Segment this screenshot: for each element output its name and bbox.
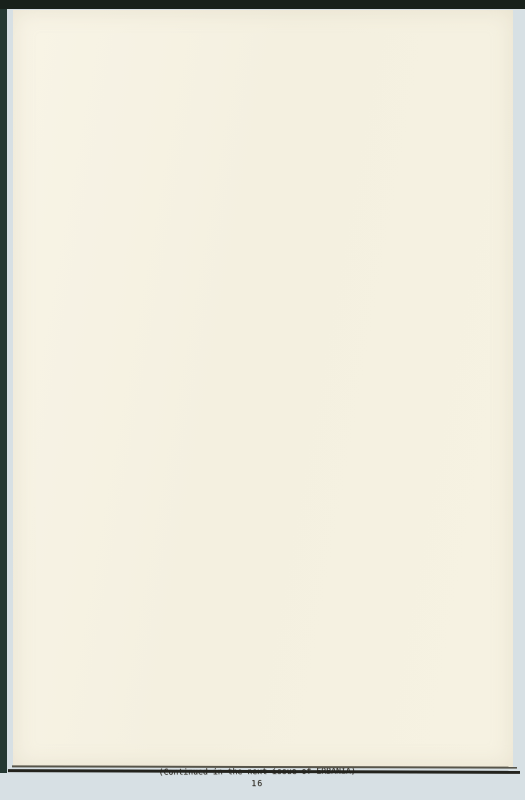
scan-top-edge [0, 0, 525, 9]
scanned-page [13, 10, 513, 767]
page-number: 16 [29, 777, 485, 790]
scan-left-edge [0, 0, 7, 773]
